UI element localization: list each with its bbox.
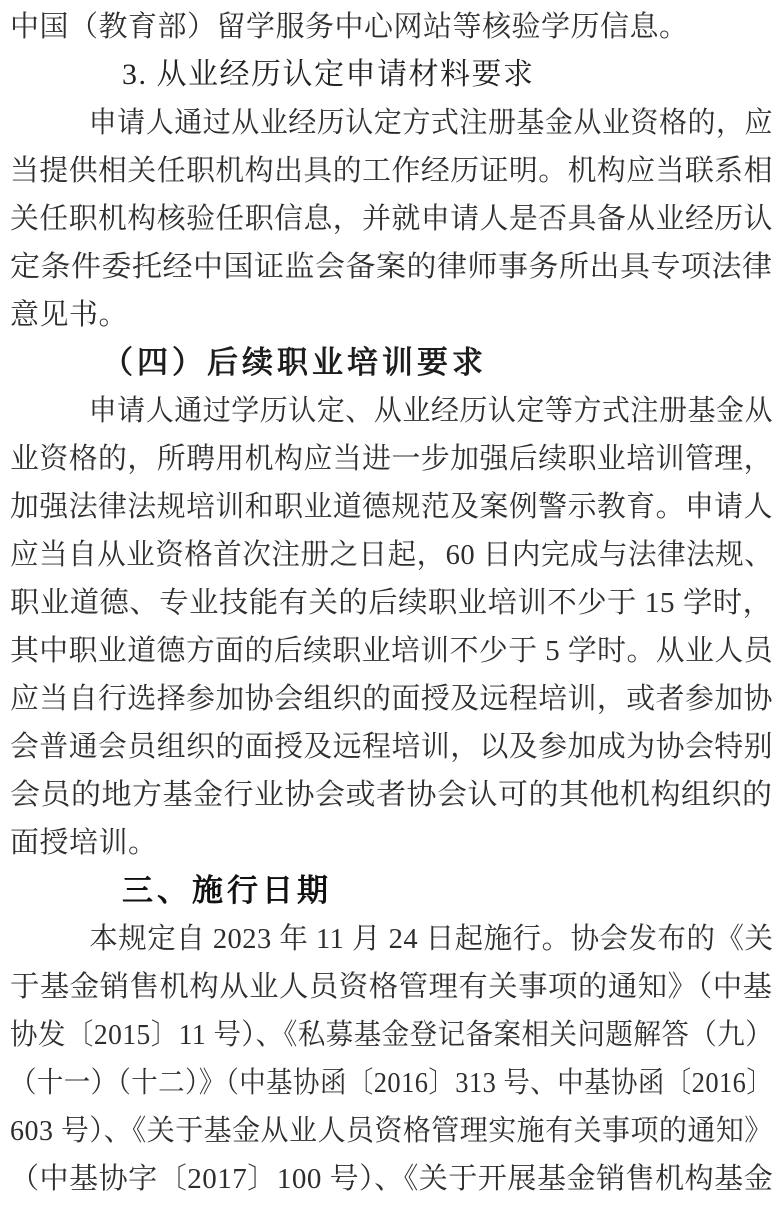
line-text: 申请人通过学历认定、从业经历认定等方式注册基金从 xyxy=(50,387,773,435)
text-line: 加强法律法规培训和职业道德规范及案例警示教育。申请人 xyxy=(10,483,773,531)
document-page: 中国（教育部）留学服务中心网站等核验学历信息。3. 从业经历认定申请材料要求申请… xyxy=(0,0,783,1216)
line-text: 于基金销售机构从业人员资格管理有关事项的通知》（中基 xyxy=(10,963,773,1011)
line-text: （中基协字〔2017〕100 号）、《关于开展基金销售机构基金 xyxy=(10,1155,773,1203)
line-text: 当提供相关任职机构出具的工作经历证明。机构应当联系相 xyxy=(10,147,773,195)
line-text: 协发〔2015〕11 号）、《私募基金登记备案相关问题解答（九） xyxy=(10,1011,773,1059)
text-line: 应当自从业资格首次注册之日起，60 日内完成与法律法规、 xyxy=(10,531,773,579)
text-line: 中国（教育部）留学服务中心网站等核验学历信息。 xyxy=(10,3,773,51)
line-text: （十一）（十二）》（中基协函〔2016〕313 号、中基协函〔2016〕 xyxy=(10,1059,773,1107)
section-heading: （四）后续职业培训要求 xyxy=(10,339,773,387)
line-text: 应当自行选择参加协会组织的面授及远程培训，或者参加协 xyxy=(10,675,773,723)
text-line: 603 号）、《关于基金从业人员资格管理实施有关事项的通知》 xyxy=(10,1107,773,1155)
text-line: 会普通会员组织的面授及远程培训，以及参加成为协会特别 xyxy=(10,723,773,771)
text-line: 会员的地方基金行业协会或者协会认可的其他机构组织的 xyxy=(10,771,773,819)
line-text: 加强法律法规培训和职业道德规范及案例警示教育。申请人 xyxy=(10,483,773,531)
line-text: 其中职业道德方面的后续职业培训不少于 5 学时。从业人员 xyxy=(10,627,773,675)
text-line: 面授培训。 xyxy=(10,819,773,867)
line-text: 关任职机构核验任职信息，并就申请人是否具备从业经历认 xyxy=(10,195,773,243)
text-line: （十一）（十二）》（中基协函〔2016〕313 号、中基协函〔2016〕 xyxy=(10,1059,773,1107)
line-text: 会员的地方基金行业协会或者协会认可的其他机构组织的 xyxy=(10,771,772,819)
line-text: （四）后续职业培训要求 xyxy=(56,339,487,387)
line-text: 会普通会员组织的面授及远程培训，以及参加成为协会特别 xyxy=(10,723,773,771)
text-line: 意见书。 xyxy=(10,291,773,339)
line-text: 应当自从业资格首次注册之日起，60 日内完成与法律法规、 xyxy=(10,531,773,579)
line-text: 本规定自 2023 年 11 月 24 日起施行。协会发布的《关 xyxy=(50,915,773,963)
line-text: 职业道德、专业技能有关的后续职业培训不少于 15 学时， xyxy=(10,579,773,627)
text-line: 本规定自 2023 年 11 月 24 日起施行。协会发布的《关 xyxy=(10,915,773,963)
text-line: 关任职机构核验任职信息，并就申请人是否具备从业经历认 xyxy=(10,195,773,243)
line-text: 603 号）、《关于基金从业人员资格管理实施有关事项的通知》 xyxy=(10,1107,773,1155)
text-line: 申请人通过学历认定、从业经历认定等方式注册基金从 xyxy=(10,387,773,435)
section-heading: 3. 从业经历认定申请材料要求 xyxy=(10,51,773,99)
text-line: 其中职业道德方面的后续职业培训不少于 5 学时。从业人员 xyxy=(10,627,773,675)
text-line: 定条件委托经中国证监会备案的律师事务所出具专项法律 xyxy=(10,243,773,291)
line-text: 中国（教育部）留学服务中心网站等核验学历信息。 xyxy=(10,3,689,51)
text-line: 协发〔2015〕11 号）、《私募基金登记备案相关问题解答（九） xyxy=(10,1011,773,1059)
line-text: 申请人通过从业经历认定方式注册基金从业资格的，应 xyxy=(50,99,773,147)
line-text: 定条件委托经中国证监会备案的律师事务所出具专项法律 xyxy=(10,243,772,291)
text-line: 业资格的，所聘用机构应当进一步加强后续职业培训管理， xyxy=(10,435,773,483)
text-line: 应当自行选择参加协会组织的面授及远程培训，或者参加协 xyxy=(10,675,773,723)
text-line: （中基协字〔2017〕100 号）、《关于开展基金销售机构基金 xyxy=(10,1155,773,1203)
text-line: 于基金销售机构从业人员资格管理有关事项的通知》（中基 xyxy=(10,963,773,1011)
text-line: 当提供相关任职机构出具的工作经历证明。机构应当联系相 xyxy=(10,147,773,195)
line-text: 业资格的，所聘用机构应当进一步加强后续职业培训管理， xyxy=(10,435,773,483)
line-text: 三、施行日期 xyxy=(66,867,332,915)
line-text: 面授培训。 xyxy=(10,819,158,867)
line-text: 意见书。 xyxy=(10,291,128,339)
text-line: 申请人通过从业经历认定方式注册基金从业资格的，应 xyxy=(10,99,773,147)
text-line: 职业道德、专业技能有关的后续职业培训不少于 15 学时， xyxy=(10,579,773,627)
line-text: 3. 从业经历认定申请材料要求 xyxy=(66,51,535,99)
section-heading: 三、施行日期 xyxy=(10,867,773,915)
